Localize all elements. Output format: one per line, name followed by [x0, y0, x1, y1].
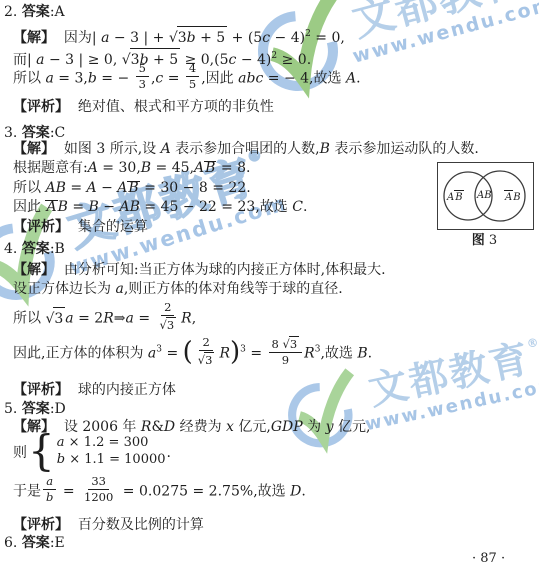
fraction-denominator: √3 — [157, 316, 180, 332]
math-segment: 5 — [189, 78, 196, 91]
fraction: 2√3 — [195, 336, 218, 367]
text-line: 设正方体边长为 a,则正方体的体对角线等于球的直径. — [13, 279, 343, 299]
overline-segment: B — [204, 161, 216, 175]
text-line: 【评析】 球的内接正方体 — [13, 380, 176, 400]
math-segment: R — [304, 346, 315, 362]
fraction: ab — [43, 475, 56, 504]
math-segment: GDP — [271, 419, 303, 435]
overline-segment: B — [127, 181, 139, 195]
math-segment: R&D — [141, 419, 175, 435]
fraction-denominator: 1200 — [81, 490, 116, 504]
radical-body: 3 — [53, 307, 65, 329]
math-segment: 9 — [282, 354, 289, 367]
math-segment: = 0.0275 = 2.75%,故选 D. — [118, 484, 305, 500]
fraction: 2√3 — [157, 301, 180, 332]
radical-body: 3 — [204, 352, 214, 367]
math-segment: y — [326, 419, 334, 435]
math-segment: AB = A − A — [45, 180, 127, 196]
math-segment: . — [167, 445, 171, 461]
bold-segment: 答案 — [22, 241, 50, 257]
text-segment: 因为 — [55, 30, 92, 46]
math-segment: 3 — [139, 78, 146, 91]
radical-body: 3b + 5 — [177, 26, 227, 48]
text-segment: 2. — [4, 4, 22, 20]
math-segment: b — [46, 491, 53, 504]
text-line: 根据题意有:A = 30,B = 45,AB = 8. — [13, 158, 250, 178]
solution-text-layer: 2. 答案:A【解】 因为| a − 3 | + √3b + 5 + (5c −… — [0, 0, 539, 575]
text-segment: 表示参加运动队的人数. — [330, 141, 479, 157]
text-segment: 根据题意有: — [13, 160, 88, 176]
bold-segment: 【解】 — [13, 141, 55, 157]
fraction-denominator: b — [43, 490, 56, 504]
math-segment: 1200 — [84, 491, 113, 504]
bold-segment: 【评析】 — [13, 99, 69, 115]
fraction-denominator: 3 — [136, 77, 149, 91]
fraction-numerator: 8 √3 — [269, 336, 303, 353]
text-segment: 为 — [303, 419, 326, 435]
text-line: 【解】 如图 3 所示,设 A 表示参加合唱团的人数,B 表示参加运动队的人数. — [13, 139, 479, 159]
text-line: 【评析】 集合的运算 — [13, 217, 148, 237]
sqrt-radical: √3 — [198, 352, 215, 367]
math-segment: a × 1.2 = 300 — [57, 435, 149, 450]
fraction-numerator: a — [43, 475, 56, 490]
math-segment: R — [219, 346, 230, 362]
text-line: 则{a × 1.2 = 300b × 1.1 = 10000. — [13, 436, 171, 470]
bold-segment: 【解】 — [13, 30, 55, 46]
answer-line: 5. 答案:D — [4, 399, 66, 419]
text-segment: 设正方体边长为 — [13, 281, 115, 297]
overline-segment: A — [45, 200, 57, 214]
math-segment: = — [58, 484, 79, 500]
math-segment: = 8. — [216, 160, 250, 176]
text-segment: 经费为 — [175, 419, 226, 435]
text-line: 所以 a = 3,b = − 53,c = 45,因此 abc = − 4,故选… — [13, 64, 361, 93]
bold-segment: 【解】 — [13, 262, 55, 278]
text-segment: 绝对值、根式和平方项的非负性 — [69, 99, 274, 115]
radical-body: 3 — [289, 336, 299, 351]
text-segment: 所以 — [13, 180, 45, 196]
math-segment: x — [226, 419, 234, 435]
text-segment: :A — [50, 4, 65, 20]
math-segment: b × 1.1 = 10000 — [57, 452, 166, 467]
answer-line: 6. 答案:E — [4, 533, 65, 553]
math-segment: a — [115, 281, 123, 297]
fraction-denominator: √3 — [195, 351, 218, 367]
math-segment: ,故选 B. — [320, 346, 372, 362]
bold-segment: 答案 — [22, 4, 50, 20]
sqrt-radical: √3 — [283, 336, 300, 351]
text-segment: 球的内接正方体 — [69, 382, 176, 398]
text-segment: 亿元, — [334, 419, 371, 435]
text-segment: 所以 — [13, 71, 45, 87]
math-segment: B = B − AB = 45 − 22 = 23,故选 C. — [58, 199, 308, 215]
big-paren: ( — [183, 337, 193, 367]
text-line: 因此,正方体的体积为 a3 = (2√3R)3 = 8 √39R3,故选 B. — [13, 338, 372, 369]
answer-line: 4. 答案:B — [4, 239, 65, 259]
text-segment: 因此 — [13, 199, 45, 215]
math-segment: a — [46, 475, 53, 488]
document-page: 文都教育® www.wendu.com 文都教育® www.wendu.com … — [0, 0, 539, 575]
math-segment: | a − 3 | + — [92, 30, 169, 46]
equation-cases: {a × 1.2 = 300b × 1.1 = 10000 — [28, 434, 166, 468]
math-segment: = 30 − 8 = 22. — [140, 180, 251, 196]
text-segment: 由分析可知:当正方体为球的内接正方体时,体积最大. — [55, 262, 386, 278]
bold-segment: 【评析】 — [13, 219, 69, 235]
math-segment: = — [246, 346, 267, 362]
math-segment: ,因此 abc = − 4,故选 A. — [201, 71, 360, 87]
text-segment: 集合的运算 — [69, 219, 148, 235]
math-segment: = — [162, 346, 183, 362]
math-segment: a — [148, 346, 156, 362]
bold-segment: 答案 — [22, 535, 50, 551]
fraction-denominator: 5 — [186, 77, 199, 91]
text-segment: :B — [50, 241, 65, 257]
text-line: 【评析】 百分数及比例的计算 — [13, 515, 204, 535]
text-segment: 6. — [4, 535, 22, 551]
math-segment: 4 — [189, 62, 196, 75]
math-segment: 2 — [202, 336, 209, 349]
sqrt-radical: √3 — [45, 307, 65, 329]
text-segment: :E — [50, 535, 65, 551]
text-line: 所以 √3a = 2R⇒a = 2√3R, — [13, 303, 196, 334]
radical-body: 3 — [166, 317, 176, 332]
fraction: 53 — [136, 62, 149, 91]
bold-segment: 【评析】 — [13, 382, 69, 398]
text-line: 【解】 由分析可知:当正方体为球的内接正方体时,体积最大. — [13, 260, 386, 280]
fraction: 8 √39 — [269, 336, 303, 367]
text-segment: 百分数及比例的计算 — [69, 517, 204, 533]
text-segment: 5. — [4, 401, 22, 417]
fraction-numerator: 2 — [161, 301, 174, 316]
cases-rows: a × 1.2 = 300b × 1.1 = 10000 — [57, 436, 166, 467]
text-line: 所以 AB = A − AB = 30 − 8 = 22. — [13, 178, 251, 198]
text-segment: :D — [50, 401, 66, 417]
answer-line: 2. 答案:A — [4, 2, 65, 22]
fraction: 331200 — [81, 475, 116, 504]
fraction: 45 — [186, 62, 199, 91]
math-segment: A — [161, 141, 171, 157]
big-paren: ) — [230, 337, 240, 367]
fraction-numerator: 4 — [186, 62, 199, 77]
sqrt-radical: √3b + 5 — [169, 26, 227, 48]
text-segment: 设 2006 年 — [55, 419, 141, 435]
fraction-numerator: 33 — [88, 475, 109, 490]
text-segment: 所以 — [13, 311, 45, 327]
cases-row: a × 1.2 = 300 — [57, 436, 166, 450]
text-line: 【解】 因为| a − 3 | + √3b + 5 + (5c − 4)2 = … — [13, 24, 345, 48]
text-segment: ,则正方体的体对角线等于球的直径. — [124, 281, 343, 297]
math-segment: A = 30,B = 45,A — [88, 160, 204, 176]
math-segment: B — [320, 141, 330, 157]
bold-segment: 答案 — [22, 401, 50, 417]
text-segment: 则 — [13, 445, 27, 461]
text-line: 于是ab = 331200 = 0.0275 = 2.75%,故选 D. — [13, 477, 306, 506]
page-number: · 87 · — [472, 551, 505, 566]
math-segment: 2 — [164, 301, 171, 314]
text-segment: 于是 — [13, 484, 41, 500]
math-segment: a = 2R⇒a = — [65, 311, 154, 327]
fraction-denominator: 9 — [279, 353, 292, 367]
text-segment: 表示参加合唱团的人数, — [171, 141, 320, 157]
text-line: 因此 AB = B − AB = 45 − 22 = 23,故选 C. — [13, 197, 307, 217]
cases-brace-icon: { — [28, 434, 55, 468]
text-segment: 4. — [4, 241, 22, 257]
text-segment: 因此,正方体的体积为 — [13, 346, 148, 362]
bold-segment: 【评析】 — [13, 517, 69, 533]
text-line: 【评析】 绝对值、根式和平方项的非负性 — [13, 97, 274, 117]
cases-row: b × 1.1 = 10000 — [57, 453, 166, 467]
text-segment: 如图 3 所示,设 — [55, 141, 161, 157]
sqrt-radical: √3 — [160, 317, 177, 332]
text-segment: 亿元, — [234, 419, 271, 435]
math-segment: + (5c − 4) — [227, 30, 305, 46]
math-segment: a = 3,b = − — [45, 71, 133, 87]
fraction-numerator: 2 — [199, 336, 212, 351]
math-segment: 5 — [139, 62, 146, 75]
math-segment: 8 — [272, 338, 283, 351]
math-segment: ,c = — [151, 71, 184, 87]
math-segment: R, — [181, 311, 196, 327]
fraction-numerator: 5 — [136, 62, 149, 77]
math-segment: 33 — [91, 475, 106, 488]
math-segment: = 0, — [311, 30, 345, 46]
